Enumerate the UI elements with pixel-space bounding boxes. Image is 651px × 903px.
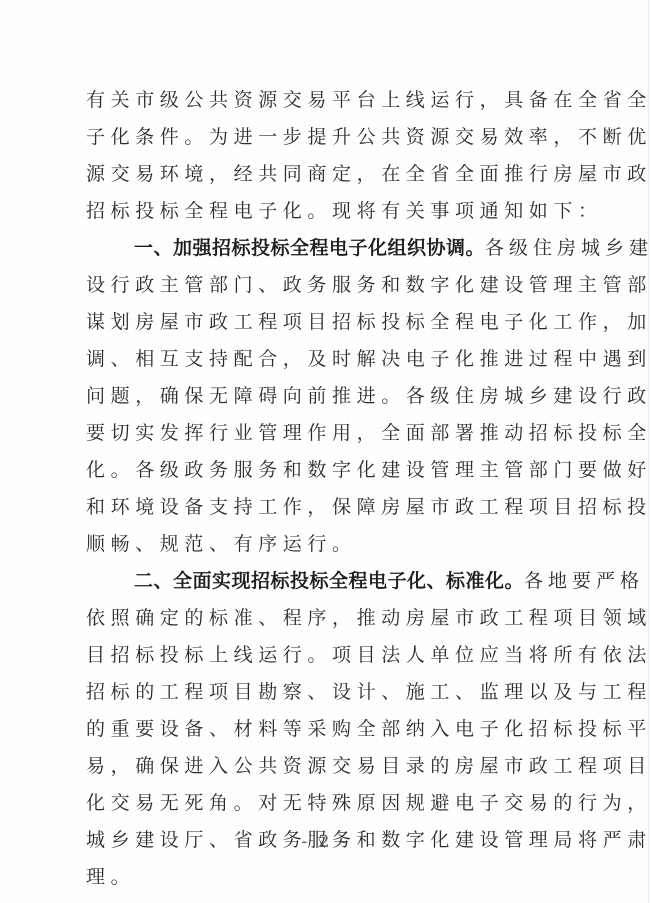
text-line: 化交易无死角。对无特殊原因规避电子交易的行为，省住房和 [86,785,561,822]
text-line: 设行政主管部门、政务服务和数字化建设管理主管部门要统筹 [86,267,561,304]
text-line: 的重要设备、材料等采购全部纳入电子化招标投标平台进行交 [86,711,561,748]
text-line: 顺畅、规范、有序运行。 [86,526,561,563]
section-1-first-line: 一、加强招标投标全程电子化组织协调。各级住房城乡建 [86,230,561,267]
section-1-paragraph: 一、加强招标投标全程电子化组织协调。各级住房城乡建 设行政主管部门、政务服务和数… [86,230,561,563]
text-line: 理。 [86,859,561,896]
section-2-heading: 二、全面实现招标投标全程电子化、标准化。 [134,570,524,592]
page-number: - 2 - [0,832,651,852]
section-1-heading: 一、加强招标投标全程电子化组织协调。 [134,237,485,259]
text-span: 各级住房城乡建 [485,237,651,259]
text-line: 易，确保进入公共资源交易目录的房屋市政工程项目实现电子 [86,748,561,785]
text-line: 问题，确保无障碍向前推进。各级住房城乡建设行政主管部门 [86,378,561,415]
text-line: 有关市级公共资源交易平台上线运行，具备在全省全面实行电 [86,82,561,119]
text-line: 谋划房屋市政工程项目招标投标全程电子化工作，加强组织协 [86,304,561,341]
text-line: 目招标投标上线运行。项目法人单位应当将所有依法必须进行 [86,637,561,674]
document-body: 有关市级公共资源交易平台上线运行，具备在全省全面实行电 子化条件。为进一步提升公… [86,82,561,896]
text-line: 要切实发挥行业管理作用，全面部署推动招标投标全程电子 [86,415,561,452]
text-line: 招标投标全程电子化。现将有关事项通知如下： [86,193,561,230]
text-line: 源交易环境，经共同商定，在全省全面推行房屋市政工程项目 [86,156,561,193]
text-line: 和环境设备支持工作，保障房屋市政工程项目招标投标电子化 [86,489,561,526]
text-line: 招标的工程项目勘察、设计、施工、监理以及与工程建设有关 [86,674,561,711]
intro-paragraph: 有关市级公共资源交易平台上线运行，具备在全省全面实行电 子化条件。为进一步提升公… [86,82,561,230]
text-line: 化。各级政务服务和数字化建设管理主管部门要做好系统运行 [86,452,561,489]
section-2-first-line: 二、全面实现招标投标全程电子化、标准化。各地要严格 [86,563,561,600]
text-line: 调、相互支持配合，及时解决电子化推进过程中遇到的困难和 [86,341,561,378]
text-span: 各地要严格 [524,570,644,592]
text-line: 子化条件。为进一步提升公共资源交易效率，不断优化公共资 [86,119,561,156]
text-line: 依照确定的标准、程序，推动房屋市政工程项目领域全类型项 [86,600,561,637]
